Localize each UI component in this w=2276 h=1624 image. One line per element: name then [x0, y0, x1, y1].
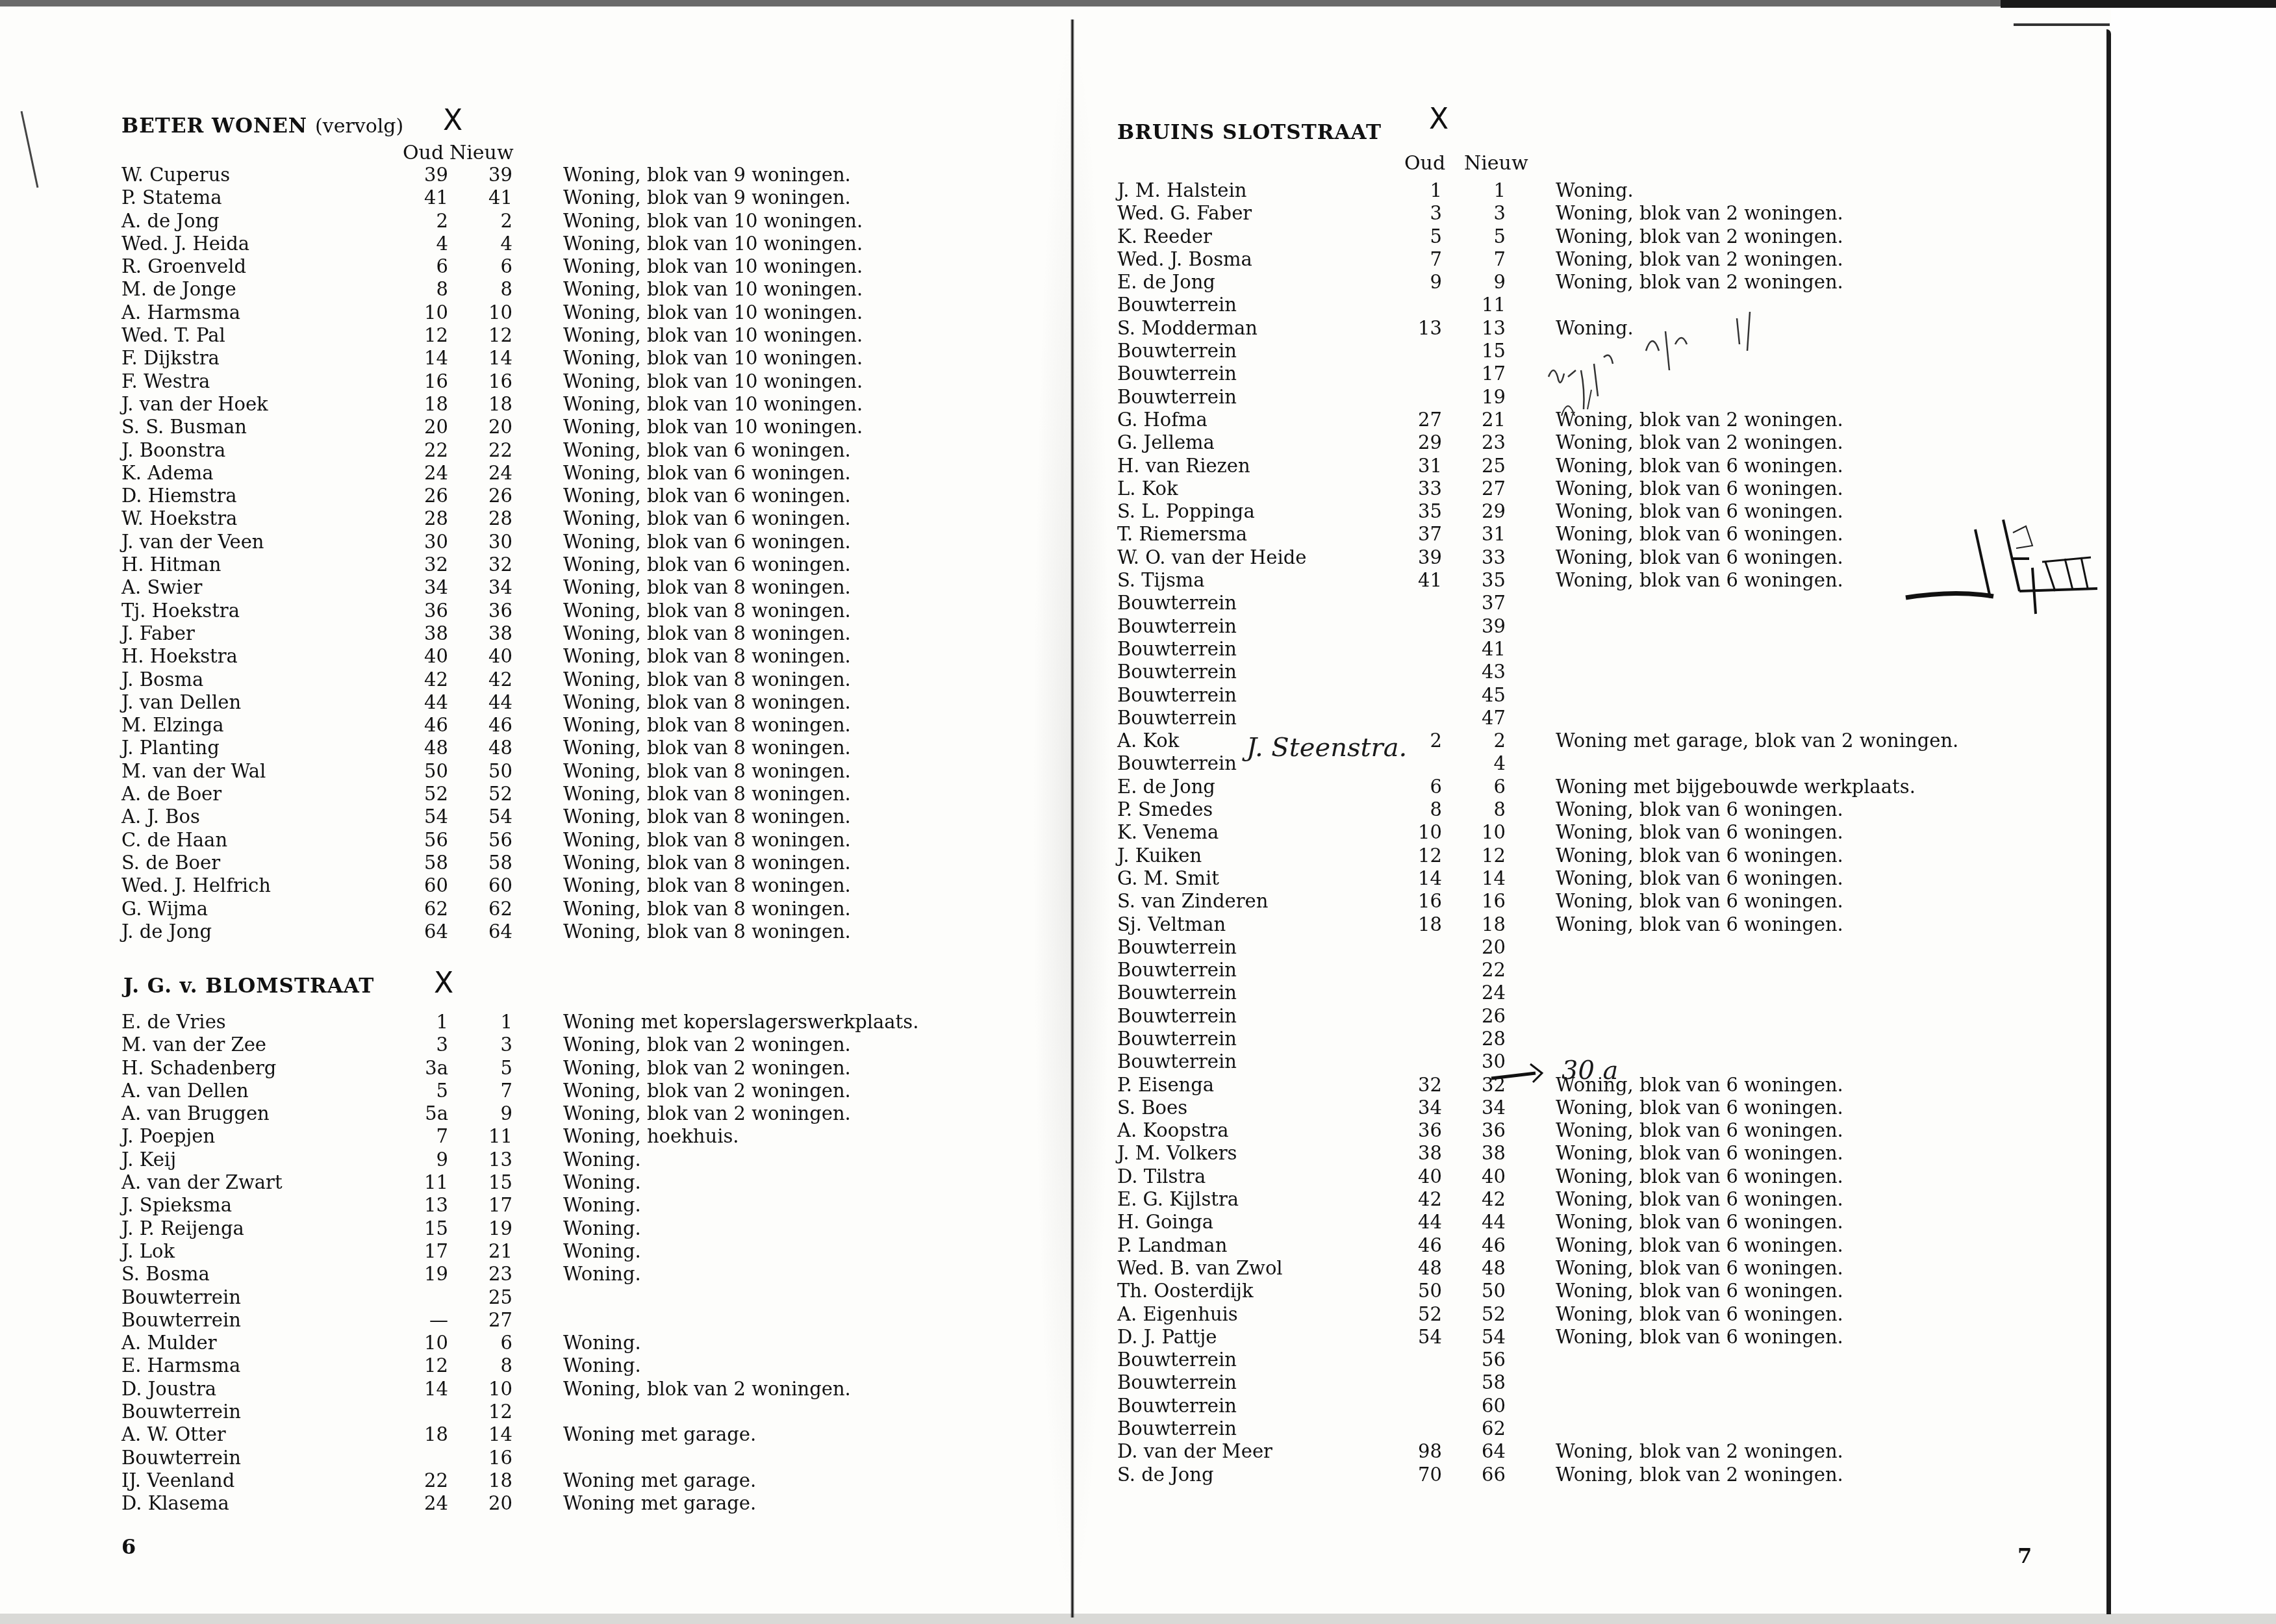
new-house-number: 5 — [1454, 225, 1506, 248]
house-description: Woning, blok van 6 woningen. — [563, 439, 851, 462]
house-description: Woning, blok van 2 woningen. — [1556, 1440, 1843, 1463]
new-house-number: 6 — [1454, 776, 1506, 798]
old-house-number: 46 — [396, 714, 448, 737]
table-row: F. Westra1616Woning, blok van 10 woninge… — [121, 370, 1031, 393]
resident-name: R. Groenveld — [121, 255, 246, 278]
table-row: S. S. Busman2020Woning, blok van 10 woni… — [121, 416, 1031, 438]
resident-name: Wed. J. Helfrich — [121, 874, 271, 897]
new-house-number: 22 — [1454, 959, 1506, 982]
house-description: Woning met garage. — [563, 1469, 756, 1492]
new-house-number: 16 — [1454, 890, 1506, 913]
resident-name: Bouwterrein — [1117, 982, 1237, 1004]
resident-name: J. van der Hoek — [121, 393, 268, 416]
table-row: J. Bosma4242Woning, blok van 8 woningen. — [121, 668, 1031, 691]
new-house-number: 24 — [1454, 982, 1506, 1004]
new-house-number: 41 — [1454, 638, 1506, 661]
resident-name: J. Faber — [121, 622, 195, 645]
new-house-number: 34 — [461, 576, 512, 599]
house-description: Woning, blok van 8 woningen. — [563, 874, 851, 897]
new-house-number: 38 — [1454, 1142, 1506, 1165]
table-row: Bouwterrein41 — [1117, 638, 2092, 661]
table-row: E. Harmsma128Woning. — [121, 1354, 1031, 1377]
old-house-number: 8 — [396, 278, 448, 301]
resident-name: D. Hiemstra — [121, 485, 237, 507]
table-row: A. van Dellen57Woning, blok van 2 woning… — [121, 1080, 1031, 1102]
new-house-number: 8 — [1454, 798, 1506, 821]
house-description: Woning, blok van 6 woningen. — [1556, 1165, 1843, 1188]
old-house-number: 48 — [396, 737, 448, 759]
old-house-number: 9 — [396, 1148, 448, 1171]
house-description: Woning met garage. — [563, 1423, 756, 1446]
table-row: H. Hoekstra4040Woning, blok van 8 woning… — [121, 645, 1031, 668]
new-house-number: 4 — [461, 233, 512, 255]
table-row: J. Spieksma1317Woning. — [121, 1194, 1031, 1217]
resident-name: P. Smedes — [1117, 798, 1213, 821]
house-description: Woning, blok van 6 woningen. — [1556, 1142, 1843, 1165]
resident-name: L. Kok — [1117, 477, 1178, 500]
resident-name: D. Tilstra — [1117, 1165, 1206, 1188]
table-row: R. Groenveld66Woning, blok van 10 woning… — [121, 255, 1031, 278]
old-house-number: 38 — [1390, 1142, 1442, 1165]
old-house-number: 18 — [396, 393, 448, 416]
old-house-number: 27 — [1390, 409, 1442, 431]
handwritten-arrow-icon — [1490, 1059, 1562, 1087]
house-description: Woning, blok van 6 woningen. — [563, 531, 851, 553]
old-house-number: 17 — [396, 1240, 448, 1263]
resident-name: J. Bosma — [121, 668, 203, 691]
resident-name: K. Reeder — [1117, 225, 1212, 248]
new-house-number: 17 — [1454, 362, 1506, 385]
resident-name: Bouwterrein — [1117, 615, 1237, 638]
table-row: D. Tilstra4040Woning, blok van 6 woninge… — [1117, 1165, 2092, 1188]
old-house-number: 2 — [396, 210, 448, 233]
old-house-number: 10 — [396, 1332, 448, 1354]
resident-name: E. G. Kijlstra — [1117, 1188, 1239, 1211]
old-house-number: 39 — [396, 164, 448, 186]
house-description: Woning, blok van 8 woningen. — [563, 852, 851, 874]
table-row: J. van der Hoek1818Woning, blok van 10 w… — [121, 393, 1031, 416]
table-row: K. Reeder55Woning, blok van 2 woningen. — [1117, 225, 2092, 248]
column-header-oud: Oud — [403, 142, 444, 164]
resident-name: Tj. Hoekstra — [121, 600, 240, 622]
old-house-number: 3a — [396, 1057, 448, 1080]
house-description: Woning met bijgebouwde werkplaats. — [1556, 776, 1916, 798]
house-description: Woning, blok van 6 woningen. — [1556, 890, 1843, 913]
new-house-number: 12 — [1454, 844, 1506, 867]
table-row: A. de Jong22Woning, blok van 10 woningen… — [121, 210, 1031, 233]
left-page: BETER WONEN (vervolg) X Oud Nieuw W. Cup… — [0, 0, 1070, 1624]
resident-name: Bouwterrein — [121, 1286, 241, 1309]
resident-name: Bouwterrein — [1117, 661, 1237, 683]
old-house-number: 37 — [1390, 523, 1442, 546]
table-row: W. Cuperus3939Woning, blok van 9 woninge… — [121, 164, 1031, 186]
new-house-number: 39 — [461, 164, 512, 186]
house-description: Woning, hoekhuis. — [563, 1125, 739, 1148]
table-row: Bouwterrein58 — [1117, 1371, 2092, 1394]
table-row: F. Dijkstra1414Woning, blok van 10 wonin… — [121, 347, 1031, 370]
table-row: A. Eigenhuis5252Woning, blok van 6 wonin… — [1117, 1303, 2092, 1326]
old-house-number: 24 — [396, 462, 448, 485]
new-house-number: 24 — [461, 462, 512, 485]
resident-name: S. L. Poppinga — [1117, 500, 1255, 523]
address-list-blomstraat: E. de Vries11Woning met koperslagerswerk… — [121, 1011, 1031, 1516]
table-row: Bouwterrein—27 — [121, 1309, 1031, 1332]
resident-name: E. de Jong — [1117, 776, 1215, 798]
new-house-number: 9 — [461, 1102, 512, 1125]
new-house-number: 42 — [1454, 1188, 1506, 1211]
house-description: Woning, blok van 8 woningen. — [563, 898, 851, 920]
resident-name: Bouwterrein — [1117, 362, 1237, 385]
old-house-number: 24 — [396, 1492, 448, 1515]
resident-name: S. Bosma — [121, 1263, 210, 1286]
new-house-number: 43 — [1454, 661, 1506, 683]
house-description: Woning, blok van 8 woningen. — [563, 829, 851, 852]
table-row: Wed. J. Heida44Woning, blok van 10 wonin… — [121, 233, 1031, 255]
table-row: G. M. Smit1414Woning, blok van 6 woninge… — [1117, 867, 2092, 890]
table-row: D. J. Pattje5454Woning, blok van 6 wonin… — [1117, 1326, 2092, 1349]
resident-name: Bouwterrein — [1117, 340, 1237, 362]
handwritten-scribble-icon — [1542, 305, 1815, 438]
table-row: D. Joustra1410Woning, blok van 2 woninge… — [121, 1378, 1031, 1401]
old-house-number: 12 — [396, 324, 448, 347]
resident-name: A. van Bruggen — [121, 1102, 270, 1125]
table-row: Tj. Hoekstra3636Woning, blok van 8 wonin… — [121, 600, 1031, 622]
old-house-number: 39 — [1390, 546, 1442, 569]
new-house-number: 19 — [1454, 386, 1506, 409]
house-description: Woning. — [563, 1194, 641, 1217]
new-house-number: 52 — [1454, 1303, 1506, 1326]
resident-name: J. Poepjen — [121, 1125, 215, 1148]
resident-name: Bouwterrein — [1117, 1028, 1237, 1050]
house-description: Woning, blok van 8 woningen. — [563, 691, 851, 714]
old-house-number: 5a — [396, 1102, 448, 1125]
house-description: Woning, blok van 8 woningen. — [563, 783, 851, 806]
old-house-number: 41 — [1390, 569, 1442, 592]
new-house-number: 32 — [461, 553, 512, 576]
house-description: Woning, blok van 8 woningen. — [563, 668, 851, 691]
house-description: Woning, blok van 10 woningen. — [563, 233, 863, 255]
table-row: A. van der Zwart1115Woning. — [121, 1171, 1031, 1194]
resident-name: T. Riemersma — [1117, 523, 1247, 546]
resident-name: J. M. Volkers — [1117, 1142, 1237, 1165]
table-row: G. Wijma6262Woning, blok van 8 woningen. — [121, 898, 1031, 920]
resident-name: Bouwterrein — [1117, 638, 1237, 661]
section-title-suffix: (vervolg) — [315, 115, 403, 138]
resident-name: S. Tijsma — [1117, 569, 1205, 592]
old-house-number: 48 — [1390, 1257, 1442, 1280]
table-row: Bouwterrein16 — [121, 1447, 1031, 1469]
new-house-number: 48 — [1454, 1257, 1506, 1280]
table-row: M. de Jonge88Woning, blok van 10 woninge… — [121, 278, 1031, 301]
table-row: A. J. Bos5454Woning, blok van 8 woningen… — [121, 806, 1031, 828]
old-house-number: 5 — [396, 1080, 448, 1102]
new-house-number: 16 — [461, 370, 512, 393]
old-house-number: 15 — [396, 1217, 448, 1240]
resident-name: Bouwterrein — [1117, 294, 1237, 316]
new-house-number: 28 — [461, 507, 512, 530]
new-house-number: 16 — [461, 1447, 512, 1469]
old-house-number: 35 — [1390, 500, 1442, 523]
new-house-number: 19 — [461, 1217, 512, 1240]
resident-name: A. Eigenhuis — [1117, 1303, 1238, 1326]
table-row: Bouwterrein25 — [121, 1286, 1031, 1309]
old-house-number: 34 — [396, 576, 448, 599]
old-house-number: 50 — [396, 760, 448, 783]
resident-name: H. Hitman — [121, 553, 221, 576]
old-house-number: 32 — [396, 553, 448, 576]
resident-name: Wed. J. Heida — [121, 233, 249, 255]
table-row: Bouwterrein26 — [1117, 1005, 2092, 1028]
table-row: A. Harmsma1010Woning, blok van 10 woning… — [121, 301, 1031, 324]
old-house-number: 98 — [1390, 1440, 1442, 1463]
house-description: Woning, blok van 2 woningen. — [1556, 248, 1843, 271]
table-row: E. de Jong66Woning met bijgebouwde werkp… — [1117, 776, 2092, 798]
resident-name: G. Jellema — [1117, 431, 1215, 454]
section-heading-blomstraat: J. G. v. BLOMSTRAAT — [123, 974, 374, 998]
house-description: Woning, blok van 6 woningen. — [563, 507, 851, 530]
resident-name: J. van Dellen — [121, 691, 241, 714]
new-house-number: 44 — [1454, 1211, 1506, 1234]
house-description: Woning, blok van 2 woningen. — [1556, 202, 1843, 225]
house-description: Woning, blok van 6 woningen. — [1556, 1211, 1843, 1234]
house-description: Woning met garage, blok van 2 woningen. — [1556, 730, 1958, 752]
table-row: IJ. Veenland2218Woning met garage. — [121, 1469, 1031, 1492]
old-house-number: 12 — [1390, 844, 1442, 867]
resident-name: Sj. Veltman — [1117, 913, 1226, 936]
new-house-number: 54 — [461, 806, 512, 828]
old-house-number: 54 — [1390, 1326, 1442, 1349]
house-description: Woning, blok van 2 woningen. — [563, 1080, 851, 1102]
resident-name: A. Swier — [121, 576, 202, 599]
section-title: BETER WONEN — [121, 114, 307, 138]
table-row: W. Hoekstra2828Woning, blok van 6 woning… — [121, 507, 1031, 530]
house-description: Woning. — [563, 1240, 641, 1263]
table-row: J. Keij913Woning. — [121, 1148, 1031, 1171]
resident-name: J. van der Veen — [121, 531, 264, 553]
resident-name: Bouwterrein — [1117, 386, 1237, 409]
resident-name: A. van Dellen — [121, 1080, 249, 1102]
old-house-number: 60 — [396, 874, 448, 897]
table-row: E. de Jong99Woning, blok van 2 woningen. — [1117, 271, 2092, 294]
resident-name: J. Keij — [121, 1148, 176, 1171]
new-house-number: 11 — [1454, 294, 1506, 316]
house-description: Woning, blok van 2 woningen. — [1556, 1464, 1843, 1486]
house-description: Woning, blok van 8 woningen. — [563, 645, 851, 668]
table-row: Bouwterrein45 — [1117, 684, 2092, 707]
old-house-number: 38 — [396, 622, 448, 645]
hand-drawn-sketch-icon — [1903, 500, 2110, 633]
old-house-number: 62 — [396, 898, 448, 920]
house-description: Woning, blok van 10 woningen. — [563, 255, 863, 278]
resident-name: M. van der Wal — [121, 760, 266, 783]
new-house-number: 10 — [461, 301, 512, 324]
table-row: J. de Jong6464Woning, blok van 8 woninge… — [121, 920, 1031, 943]
old-house-number: 36 — [396, 600, 448, 622]
new-house-number: 46 — [1454, 1234, 1506, 1257]
table-row: Th. Oosterdijk5050Woning, blok van 6 won… — [1117, 1280, 2092, 1302]
new-house-number: 20 — [461, 416, 512, 438]
house-description: Woning, blok van 6 woningen. — [1556, 867, 1843, 890]
resident-name: A. W. Otter — [121, 1423, 226, 1446]
house-description: Woning, blok van 6 woningen. — [1556, 523, 1843, 546]
old-house-number: 1 — [396, 1011, 448, 1034]
table-row: S. de Boer5858Woning, blok van 8 woninge… — [121, 852, 1031, 874]
old-house-number: 12 — [396, 1354, 448, 1377]
resident-name: M. de Jonge — [121, 278, 236, 301]
house-description: Woning, blok van 2 woningen. — [563, 1034, 851, 1056]
table-row: Sj. Veltman1818Woning, blok van 6 woning… — [1117, 913, 2092, 936]
table-row: Bouwterrein24 — [1117, 982, 2092, 1004]
resident-name: Bouwterrein — [121, 1447, 241, 1469]
new-house-number: 4 — [1454, 752, 1506, 775]
table-row: Bouwterrein47 — [1117, 707, 2092, 730]
new-house-number: 50 — [461, 760, 512, 783]
old-house-number: 34 — [1390, 1097, 1442, 1119]
new-house-number: 15 — [461, 1171, 512, 1194]
old-house-number: 13 — [396, 1194, 448, 1217]
resident-name: IJ. Veenland — [121, 1469, 234, 1492]
table-row: Bouwterrein62 — [1117, 1417, 2092, 1440]
house-description: Woning, blok van 2 woningen. — [563, 1378, 851, 1401]
house-description: Woning. — [563, 1332, 641, 1354]
new-house-number: 60 — [1454, 1395, 1506, 1417]
resident-name: P. Eisenga — [1117, 1074, 1214, 1097]
resident-name: Bouwterrein — [1117, 684, 1237, 707]
house-description: Woning. — [563, 1148, 641, 1171]
old-house-number: 9 — [1390, 271, 1442, 294]
resident-name: F. Westra — [121, 370, 210, 393]
old-house-number: 11 — [396, 1171, 448, 1194]
house-description: Woning, blok van 9 woningen. — [563, 164, 851, 186]
new-house-number: 46 — [461, 714, 512, 737]
new-house-number: 50 — [1454, 1280, 1506, 1302]
resident-name: Wed. B. van Zwol — [1117, 1257, 1283, 1280]
new-house-number: 21 — [1454, 409, 1506, 431]
new-house-number: 1 — [1454, 179, 1506, 202]
table-row: Bouwterrein12 — [121, 1401, 1031, 1423]
table-row: Bouwterrein20 — [1117, 936, 2092, 959]
table-row: H. van Riezen3125Woning, blok van 6 woni… — [1117, 455, 2092, 477]
new-house-number: 6 — [461, 255, 512, 278]
old-house-number: 56 — [396, 829, 448, 852]
old-house-number: 14 — [1390, 867, 1442, 890]
house-description: Woning, blok van 2 woningen. — [1556, 225, 1843, 248]
table-row: Wed. J. Bosma77Woning, blok van 2 woning… — [1117, 248, 2092, 271]
table-row: J. van der Veen3030Woning, blok van 6 wo… — [121, 531, 1031, 553]
new-house-number: 60 — [461, 874, 512, 897]
page-number: 6 — [121, 1534, 136, 1559]
column-header-nieuw: Nieuw — [449, 142, 514, 164]
old-house-number: 40 — [396, 645, 448, 668]
new-house-number: 64 — [461, 920, 512, 943]
old-house-number: 4 — [396, 233, 448, 255]
table-row: J. Lok1721Woning. — [121, 1240, 1031, 1263]
table-row: K. Venema1010Woning, blok van 6 woningen… — [1117, 821, 2092, 844]
house-description: Woning, blok van 9 woningen. — [563, 186, 851, 209]
table-row: Wed. G. Faber33Woning, blok van 2 woning… — [1117, 202, 2092, 225]
new-house-number: 13 — [1454, 317, 1506, 340]
new-house-number: 23 — [1454, 431, 1506, 454]
old-house-number: 20 — [396, 416, 448, 438]
table-row: Bouwterrein22 — [1117, 959, 2092, 982]
resident-name: Bouwterrein — [1117, 959, 1237, 982]
house-description: Woning, blok van 8 woningen. — [563, 622, 851, 645]
old-house-number: 7 — [1390, 248, 1442, 271]
house-description: Woning, blok van 10 woningen. — [563, 370, 863, 393]
house-description: Woning. — [563, 1263, 641, 1286]
house-description: Woning, blok van 6 woningen. — [1556, 1188, 1843, 1211]
resident-name: F. Dijkstra — [121, 347, 220, 370]
old-house-number: 31 — [1390, 455, 1442, 477]
table-row: D. Klasema2420Woning met garage. — [121, 1492, 1031, 1515]
resident-name: A. de Boer — [121, 783, 221, 806]
resident-name: A. de Jong — [121, 210, 220, 233]
house-description: Woning, blok van 6 woningen. — [1556, 477, 1843, 500]
new-house-number: 21 — [461, 1240, 512, 1263]
old-house-number: 6 — [1390, 776, 1442, 798]
house-description: Woning, blok van 6 woningen. — [1556, 798, 1843, 821]
new-house-number: 33 — [1454, 546, 1506, 569]
resident-name: E. de Jong — [1117, 271, 1215, 294]
old-house-number: 3 — [396, 1034, 448, 1056]
table-row: J. Poepjen711Woning, hoekhuis. — [121, 1125, 1031, 1148]
table-row: A. de Boer5252Woning, blok van 8 woninge… — [121, 783, 1031, 806]
new-house-number: 29 — [1454, 500, 1506, 523]
house-description: Woning, blok van 6 woningen. — [563, 462, 851, 485]
new-house-number: 41 — [461, 186, 512, 209]
resident-name: S. van Zinderen — [1117, 890, 1268, 913]
old-house-number: 19 — [396, 1263, 448, 1286]
resident-name: S. de Jong — [1117, 1464, 1214, 1486]
resident-name: H. van Riezen — [1117, 455, 1250, 477]
table-row: Wed. B. van Zwol4848Woning, blok van 6 w… — [1117, 1257, 2092, 1280]
house-description: Woning, blok van 2 woningen. — [563, 1102, 851, 1125]
new-house-number: 54 — [1454, 1326, 1506, 1349]
table-row: Bouwterrein43 — [1117, 661, 2092, 683]
resident-name: Wed. J. Bosma — [1117, 248, 1252, 271]
resident-name: H. Schadenberg — [121, 1057, 276, 1080]
resident-name: A. Harmsma — [121, 301, 240, 324]
resident-name: Th. Oosterdijk — [1117, 1280, 1254, 1302]
old-house-number: 8 — [1390, 798, 1442, 821]
new-house-number: 5 — [461, 1057, 512, 1080]
table-row: Bouwterrein56 — [1117, 1349, 2092, 1371]
old-house-number: 30 — [396, 531, 448, 553]
new-house-number: 25 — [461, 1286, 512, 1309]
house-description: Woning met koperslagerswerkplaats. — [563, 1011, 918, 1034]
resident-name: W. Cuperus — [121, 164, 230, 186]
table-row: P. Statema4141Woning, blok van 9 woninge… — [121, 186, 1031, 209]
old-house-number: 13 — [1390, 317, 1442, 340]
table-row: P. Landman4646Woning, blok van 6 woninge… — [1117, 1234, 2092, 1257]
old-house-number: 44 — [1390, 1211, 1442, 1234]
handwritten-30a-annotation: 30 a — [1562, 1056, 1618, 1085]
house-description: Woning, blok van 6 woningen. — [1556, 546, 1843, 569]
resident-name: J. Planting — [121, 737, 220, 759]
old-house-number: 54 — [396, 806, 448, 828]
new-house-number: 31 — [1454, 523, 1506, 546]
page-number: 7 — [2017, 1543, 2032, 1568]
resident-name: H. Goinga — [1117, 1211, 1213, 1234]
handwritten-x-mark: X — [443, 104, 462, 137]
old-house-number: 16 — [396, 370, 448, 393]
resident-name: P. Landman — [1117, 1234, 1227, 1257]
new-house-number: 56 — [1454, 1349, 1506, 1371]
house-description: Woning, blok van 6 woningen. — [563, 553, 851, 576]
old-house-number: 42 — [1390, 1188, 1442, 1211]
house-description: Woning. — [1556, 179, 1634, 202]
house-description: Woning, blok van 8 woningen. — [563, 737, 851, 759]
